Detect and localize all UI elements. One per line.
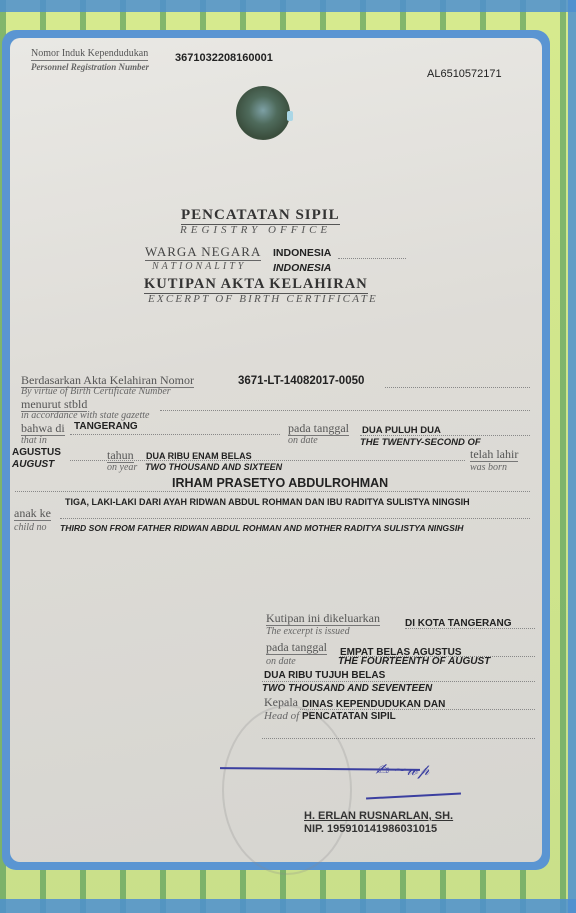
dotted-line <box>360 435 530 436</box>
place-value: TANGERANG <box>74 421 138 432</box>
dotted-line <box>338 258 406 259</box>
child-no-label-en: child no <box>14 522 47 533</box>
issue-date-label-en: on date <box>266 656 296 667</box>
issue-year-value-en: TWO THOUSAND AND SEVENTEEN <box>262 683 432 694</box>
month-value-en: AUGUST <box>12 459 54 470</box>
issued-label: Kutipan ini dikeluarkan <box>266 612 380 626</box>
issued-label-en: The excerpt is issued <box>266 626 350 637</box>
seal-highlight <box>287 111 293 121</box>
issue-date-label: pada tanggal <box>266 641 327 655</box>
child-no-label: anak ke <box>14 507 51 521</box>
office-title-en: REGISTRY OFFICE <box>180 224 331 236</box>
dotted-line <box>385 387 530 388</box>
stbld-label-en: in accordance with state gazette <box>21 410 150 421</box>
nationality-label: WARGA NEGARA <box>145 244 261 261</box>
border-band-bottom <box>0 899 576 913</box>
hologram-seal <box>236 86 290 140</box>
serial-number: AL6510572171 <box>427 68 502 80</box>
signer-name: H. ERLAN RUSNARLAN, SH. <box>304 810 453 822</box>
dotted-line <box>300 709 535 710</box>
border-band-top <box>0 0 576 12</box>
nik-label-en: Personnel Registration Number <box>31 62 149 73</box>
document-title: KUTIPAN AKTA KELAHIRAN <box>144 276 368 294</box>
dotted-line <box>262 681 535 682</box>
dotted-line <box>70 434 280 435</box>
nationality-label-en: NATIONALITY <box>152 261 246 272</box>
dotted-line <box>70 460 465 461</box>
born-label-en: was born <box>470 462 507 473</box>
cert-number-value: 3671-LT-14082017-0050 <box>238 375 364 387</box>
issue-year-value: DUA RIBU TUJUH BELAS <box>264 670 385 681</box>
nationality-value-en: INDONESIA <box>273 262 331 274</box>
place-label-en: that in <box>21 435 47 446</box>
border-band-right <box>568 0 576 913</box>
year-value-en: TWO THOUSAND AND SIXTEEN <box>145 462 282 472</box>
child-no-value-en: THIRD SON FROM FATHER RIDWAN ABDUL ROHMA… <box>60 523 463 533</box>
date-label: pada tanggal <box>288 422 349 436</box>
office-title: PENCATATAN SIPIL <box>181 207 340 225</box>
cert-number-label-en: By virtue of Birth Certificate Number <box>21 386 171 397</box>
child-name: IRHAM PRASETYO ABDULROHMAN <box>172 476 388 490</box>
month-value: AGUSTUS <box>12 447 61 458</box>
nik-value: 3671032208160001 <box>175 52 273 64</box>
dotted-line <box>405 628 535 629</box>
born-label: telah lahir <box>470 448 518 462</box>
place-label: bahwa di <box>21 422 65 436</box>
document-title-en: EXCERPT OF BIRTH CERTIFICATE <box>148 293 378 305</box>
year-label-en: on year <box>107 462 137 473</box>
signature-scrawl: ✍︎ ~𝓌𝓅 <box>375 760 429 780</box>
dotted-line <box>15 491 530 492</box>
dotted-line <box>60 518 530 519</box>
nik-label: Nomor Induk Kependudukan <box>31 48 148 61</box>
signer-nip: NIP. 195910141986031015 <box>304 823 437 835</box>
official-stamp <box>222 705 352 875</box>
child-no-value: TIGA, LAKI-LAKI DARI AYAH RIDWAN ABDUL R… <box>65 497 470 507</box>
issue-date-value-en: THE FOURTEENTH OF AUGUST <box>338 656 490 667</box>
date-value-en: THE TWENTY-SECOND OF <box>360 437 481 448</box>
nationality-value: INDONESIA <box>273 247 331 259</box>
date-label-en: on date <box>288 435 318 446</box>
dotted-line <box>160 410 530 411</box>
